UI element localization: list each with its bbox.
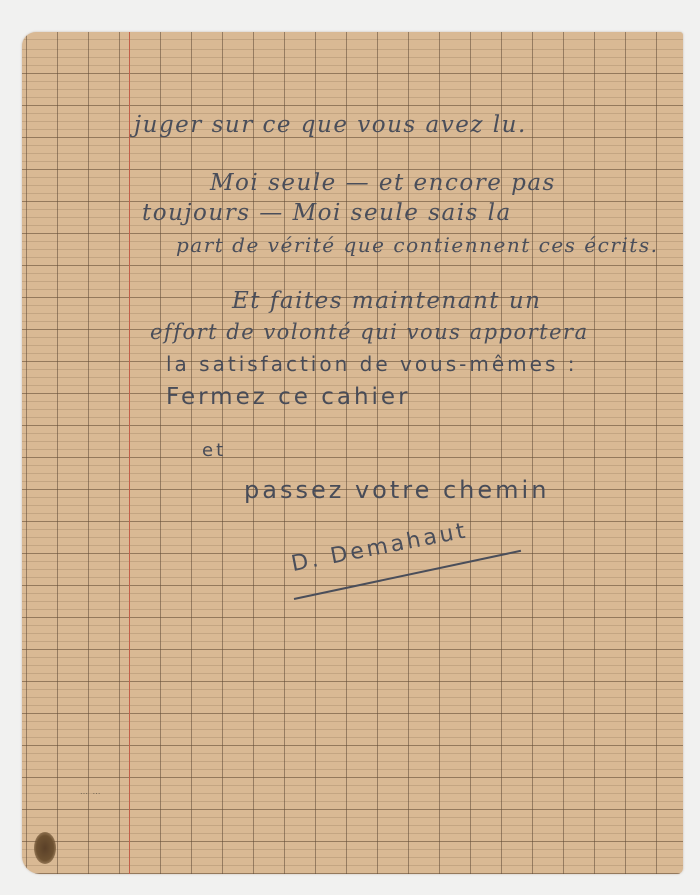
text-line-1: juger sur ce que vous avez lu. [134,114,527,137]
paper-sheet: juger sur ce que vous avez lu. Moi seule… [22,32,683,874]
text-line-7: la satisfaction de vous-mêmes : [166,354,577,374]
text-line-10: passez votre chemin [244,478,549,502]
faint-margin-note: … … [80,787,102,796]
text-line-2: Moi seule — et encore pas [210,172,556,195]
text-line-8: Fermez ce cahier [166,386,411,409]
text-line-6: effort de volonté qui vous apportera [150,322,589,343]
text-line-3: toujours — Moi seule sais la [142,202,512,225]
handwritten-text: juger sur ce que vous avez lu. Moi seule… [22,32,683,874]
text-line-4: part de vérité que contiennent ces écrit… [176,235,658,255]
text-line-5: Et faites maintenant un [232,290,541,313]
text-line-9: et [202,442,226,460]
